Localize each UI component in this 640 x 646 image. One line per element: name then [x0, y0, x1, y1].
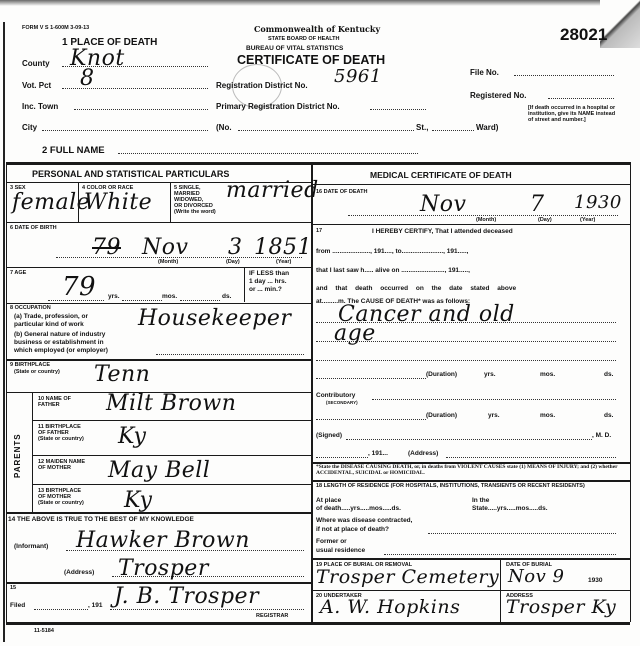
- yrs-label: yrs.: [108, 294, 120, 301]
- bureau-title: BUREAU OF VITAL STATISTICS: [246, 46, 343, 53]
- occupation-a-label: (a) Trade, profession, or particular kin…: [14, 313, 88, 329]
- less-than-label: IF LESS than 1 day ... hrs. or ... min.?: [249, 270, 289, 293]
- mos-line: [122, 300, 162, 301]
- city-line: [42, 130, 208, 131]
- occupation-b-label: (b) General nature of industry business …: [14, 331, 108, 355]
- contracted-label-1: Where was disease contracted,: [316, 518, 412, 525]
- rule: [311, 224, 630, 225]
- contracted-line: [428, 533, 616, 534]
- md-label: , M. D.: [592, 433, 611, 440]
- contributory-line: [372, 399, 616, 400]
- section-top-rule: [6, 162, 630, 165]
- age-label: 7 AGE: [10, 271, 26, 277]
- city-label: City: [22, 124, 37, 132]
- mother-name-label: 12 MAIDEN NAME OF MOTHER: [38, 459, 85, 471]
- former-label-1: Former or: [316, 539, 347, 546]
- rule: [6, 222, 311, 223]
- signed-line: [346, 439, 592, 440]
- duration-line: [316, 378, 426, 379]
- burial-place-value: Trosper Cemetery: [316, 568, 499, 587]
- registered-no-line: [548, 98, 614, 99]
- duration2-mos: mos.: [540, 413, 555, 420]
- certify-number: 17: [316, 229, 322, 235]
- rule: [311, 558, 630, 560]
- certificate-number: 28021: [560, 26, 607, 43]
- duration2-yrs: yrs.: [488, 413, 500, 420]
- informant-value: Hawker Brown: [76, 530, 250, 552]
- marital-value: married: [226, 180, 319, 202]
- registration-district-label: Registration District No.: [216, 82, 308, 90]
- label-line: (State or country): [38, 436, 84, 442]
- day-caption: (Day): [226, 260, 240, 266]
- dob-year: 1851: [254, 237, 312, 259]
- filed-line: [34, 609, 88, 610]
- duration-mos: mos.: [540, 372, 555, 379]
- commonwealth-title: Commonwealth of Kentucky: [254, 25, 380, 33]
- no-label: (No.: [216, 124, 232, 132]
- race-value: White: [84, 192, 152, 214]
- employer-line: [156, 354, 304, 355]
- signed-date-line: [316, 457, 368, 458]
- signed-address-line: [446, 457, 616, 458]
- contributory-label: Contributory: [316, 393, 355, 400]
- signed-label: (Signed): [316, 433, 342, 440]
- label-line: (b) General nature of industry: [14, 331, 108, 339]
- cause-line-2: [316, 341, 616, 342]
- rule: [32, 455, 311, 456]
- full-name-label: 2 FULL NAME: [42, 146, 105, 156]
- rule: [6, 359, 311, 361]
- contracted-label-2: if not at place of death?: [316, 527, 389, 534]
- scan-shadow: [0, 0, 640, 6]
- occurred-line: and that death occurred on the date stat…: [316, 286, 516, 293]
- file-no-label: File No.: [470, 69, 499, 77]
- ds-line: [180, 300, 220, 301]
- rule: [32, 420, 311, 421]
- label-line: business or establishment in: [14, 339, 108, 347]
- mother-birthplace-label: 13 BIRTHPLACE OF MOTHER (State or countr…: [38, 488, 84, 506]
- medical-section-title: MEDICAL CERTIFICATE OF DEATH: [370, 171, 512, 180]
- duration-yrs: yrs.: [484, 372, 496, 379]
- label-line: 1 day ... hrs.: [249, 278, 289, 286]
- rule: [311, 480, 630, 482]
- from-line: from ....................., 191...., to.…: [316, 249, 468, 256]
- label-line: (Write the word): [174, 209, 216, 215]
- cause-footnote: *State the DISEASE CAUSING DEATH, or, in…: [316, 464, 624, 477]
- inc-town-label: Inc. Town: [22, 103, 58, 111]
- at-place-label: At place: [316, 498, 341, 505]
- residence-label: 18 LENGTH OF RESIDENCE (FOR HOSPITALS, I…: [316, 483, 624, 490]
- registration-district-value: 5961: [334, 68, 382, 86]
- duration2-ds: ds.: [604, 413, 613, 420]
- county-value: Knot: [70, 48, 125, 70]
- certify-text: I HEREBY CERTIFY, That I attended deceas…: [372, 229, 513, 236]
- form-number: FORM V S 1-600M 3-09-13: [22, 26, 89, 32]
- rule: [170, 182, 171, 222]
- former-label-2: usual residence: [316, 548, 365, 555]
- label-line: which employed (or employer): [14, 347, 108, 355]
- age-value: 79: [62, 274, 96, 300]
- label-line: OF MOTHER: [38, 465, 85, 471]
- birthplace-sub: (State or country): [14, 370, 60, 376]
- filed-year: , 191: [88, 603, 102, 610]
- rule: [32, 392, 33, 512]
- in-the-label: In the: [472, 498, 489, 505]
- father-name-value: Milt Brown: [106, 393, 236, 415]
- label-line: FATHER: [38, 402, 71, 408]
- label-line: or ... min.?: [249, 286, 289, 294]
- dod-line: [348, 215, 618, 216]
- burial-year-value: 1930: [588, 578, 602, 585]
- marital-label: 5 SINGLE, MARRIED WIDOWED, OR DIVORCED (…: [174, 185, 216, 215]
- board-title: STATE BOARD OF HEALTH: [268, 37, 340, 43]
- st-label: St.,: [416, 124, 428, 132]
- dob-label: 6 DATE OF BIRTH: [10, 226, 57, 232]
- informant-label: (Informant): [14, 544, 48, 551]
- filed-number: 15: [10, 586, 16, 592]
- label-line: IF LESS than: [249, 270, 289, 278]
- secondary-label: (SECONDARY): [326, 401, 358, 406]
- age-line: [48, 300, 104, 301]
- rule: [311, 590, 630, 591]
- duration2-line: [316, 419, 426, 420]
- dod-label: 16 DATE OF DEATH: [316, 190, 367, 196]
- file-no-line: [514, 75, 614, 76]
- cause-line-3: [316, 360, 616, 361]
- footer-code: 11-5184: [34, 629, 54, 635]
- center-divider: [311, 162, 313, 622]
- dob-struck: 79: [92, 237, 121, 259]
- registered-no-label: Registered No.: [470, 92, 526, 100]
- signed-address-label: (Address): [408, 451, 438, 458]
- mother-birthplace-value: Ky: [124, 490, 152, 512]
- father-birthplace-value: Ky: [118, 426, 146, 448]
- primary-registration-line: [370, 109, 426, 110]
- inc-town-line: [74, 109, 208, 110]
- registrar-label: REGISTRAR: [256, 614, 288, 620]
- duration-label: (Duration): [426, 372, 457, 379]
- mother-name-value: May Bell: [108, 460, 210, 482]
- dod-day: 7: [530, 194, 545, 216]
- bottom-rule: [6, 622, 630, 625]
- dod-year: 1930: [574, 194, 622, 212]
- rule: [32, 484, 311, 485]
- label-line: (a) Trade, profession, or: [14, 313, 88, 321]
- vot-pct-label: Vot. Pct: [22, 82, 51, 90]
- rule: [6, 303, 311, 304]
- dod-month: Nov: [420, 194, 466, 216]
- ds-label: ds.: [222, 294, 231, 301]
- last-saw-line: that I last saw h..... alive on ........…: [316, 268, 470, 275]
- duration2-label: (Duration): [426, 413, 457, 420]
- rule: [244, 267, 245, 302]
- birthplace-value: Tenn: [94, 364, 150, 386]
- rule: [6, 512, 311, 514]
- registrar-value: J. B. Trosper: [114, 586, 259, 608]
- burial-date-value: Nov 9: [508, 568, 564, 586]
- former-line: [384, 554, 616, 555]
- label-line: (State or country): [38, 500, 84, 506]
- address-value: Trosper: [118, 558, 209, 580]
- dod-day-caption: (Day): [538, 218, 552, 224]
- duration-ds: ds.: [604, 372, 613, 379]
- knowledge-label: 14 THE ABOVE IS TRUE TO THE BEST OF MY K…: [8, 517, 194, 524]
- address-label: (Address): [64, 570, 94, 577]
- of-death-label: of death.....yrs.....mos.....ds.: [316, 506, 401, 513]
- county-label: County: [22, 60, 50, 68]
- death-certificate: FORM V S 1-600M 3-09-13 1 PLACE OF DEATH…: [0, 0, 640, 646]
- occupation-value: Housekeeper: [138, 308, 291, 330]
- left-border: [3, 22, 5, 642]
- occupation-label: 8 OCCUPATION: [10, 306, 51, 312]
- hospital-note: [If death occurred in a hospital or inst…: [528, 106, 618, 123]
- state-label: State.....yrs.....mos.....ds.: [472, 506, 548, 513]
- year-caption: (Year): [276, 260, 291, 266]
- primary-registration-label: Primary Registration District No.: [216, 103, 340, 111]
- dod-month-caption: (Month): [476, 218, 496, 224]
- dod-year-caption: (Year): [580, 218, 595, 224]
- undertaker-address-value: Trosper Ky: [506, 598, 616, 617]
- right-frame: [630, 162, 631, 622]
- dob-day: 3: [228, 237, 243, 259]
- rule: [6, 267, 311, 268]
- ward-line: [432, 130, 474, 131]
- father-name-label: 10 NAME OF FATHER: [38, 396, 71, 408]
- father-birthplace-label: 11 BIRTHPLACE OF FATHER (State or countr…: [38, 424, 84, 442]
- mos-label: mos.: [162, 294, 177, 301]
- personal-section-title: PERSONAL AND STATISTICAL PARTICULARS: [32, 170, 229, 179]
- month-caption: (Month): [158, 260, 178, 266]
- undertaker-value: A. W. Hopkins: [320, 598, 460, 617]
- signed-date-191: , 191...: [368, 451, 388, 458]
- vot-pct-value: 8: [80, 68, 95, 90]
- label-line: particular kind of work: [14, 321, 88, 329]
- registrar-line: [110, 609, 304, 610]
- birthplace-label: 9 BIRTHPLACE: [10, 363, 50, 369]
- filed-label: Filed: [10, 603, 25, 610]
- parents-label: PARENTS: [13, 433, 22, 478]
- street-line: [238, 130, 414, 131]
- ward-label: Ward): [476, 124, 498, 132]
- rule: [311, 184, 630, 185]
- full-name-line: [118, 153, 418, 154]
- rule: [78, 182, 79, 222]
- dob-month: Nov: [142, 237, 188, 259]
